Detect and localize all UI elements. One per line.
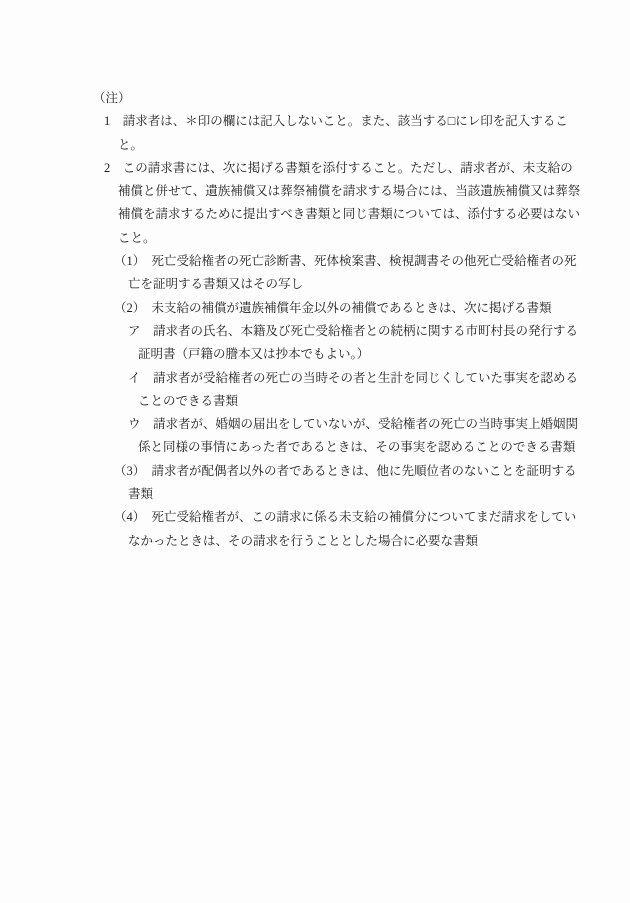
text-line: ウ 請求者が、婚姻の届出をしていないが、受給権者の死亡の当時事実上婚姻関: [0, 413, 630, 436]
text-line: （1） 死亡受給権者の死亡診断書、死体検案書、検視調書その他死亡受給権者の死: [0, 250, 630, 273]
text-line: ことのできる書類: [0, 390, 630, 413]
text-line: 亡を証明する書類又はその写し: [0, 273, 630, 296]
document-page: （注）1 請求者は、＊印の欄には記入しないこと。また、該当する□にレ印を記入する…: [0, 0, 630, 903]
notes-block: （注）1 請求者は、＊印の欄には記入しないこと。また、該当する□にレ印を記入する…: [0, 87, 630, 553]
text-line: （3） 請求者が配偶者以外の者であるときは、他に先順位者のないことを証明する: [0, 460, 630, 483]
text-line: （4） 死亡受給権者が、この請求に係る未支給の補償分についてまだ請求をしてい: [0, 506, 630, 529]
text-line: 2 この請求書には、次に掲げる書類を添付すること。ただし、請求者が、未支給の: [0, 157, 630, 180]
text-line: こと。: [0, 227, 630, 250]
text-line: イ 請求者が受給権者の死亡の当時その者と生計を同じくしていた事実を認める: [0, 367, 630, 390]
text-line: なかったときは、その請求を行うこととした場合に必要な書類: [0, 530, 630, 553]
text-line: 1 請求者は、＊印の欄には記入しないこと。また、該当する□にレ印を記入するこ: [0, 110, 630, 133]
note-label: （注）: [0, 87, 630, 110]
text-line: ア 請求者の氏名、本籍及び死亡受給権者との続柄に関する市町村長の発行する: [0, 320, 630, 343]
text-line: 証明書（戸籍の謄本又は抄本でもよい。）: [0, 343, 630, 366]
text-line: 補償と併せて、遺族補償又は葬祭補償を請求する場合には、当該遺族補償又は葬祭: [0, 180, 630, 203]
text-line: 書類: [0, 483, 630, 506]
text-line: と。: [0, 134, 630, 157]
text-line: 係と同様の事情にあった者であるときは、その事実を認めることのできる書類: [0, 436, 630, 459]
text-line: 補償を請求するために提出すべき書類と同じ書類については、添付する必要はない: [0, 203, 630, 226]
text-line: （2） 未支給の補償が遺族補償年金以外の補償であるときは、次に掲げる書類: [0, 297, 630, 320]
